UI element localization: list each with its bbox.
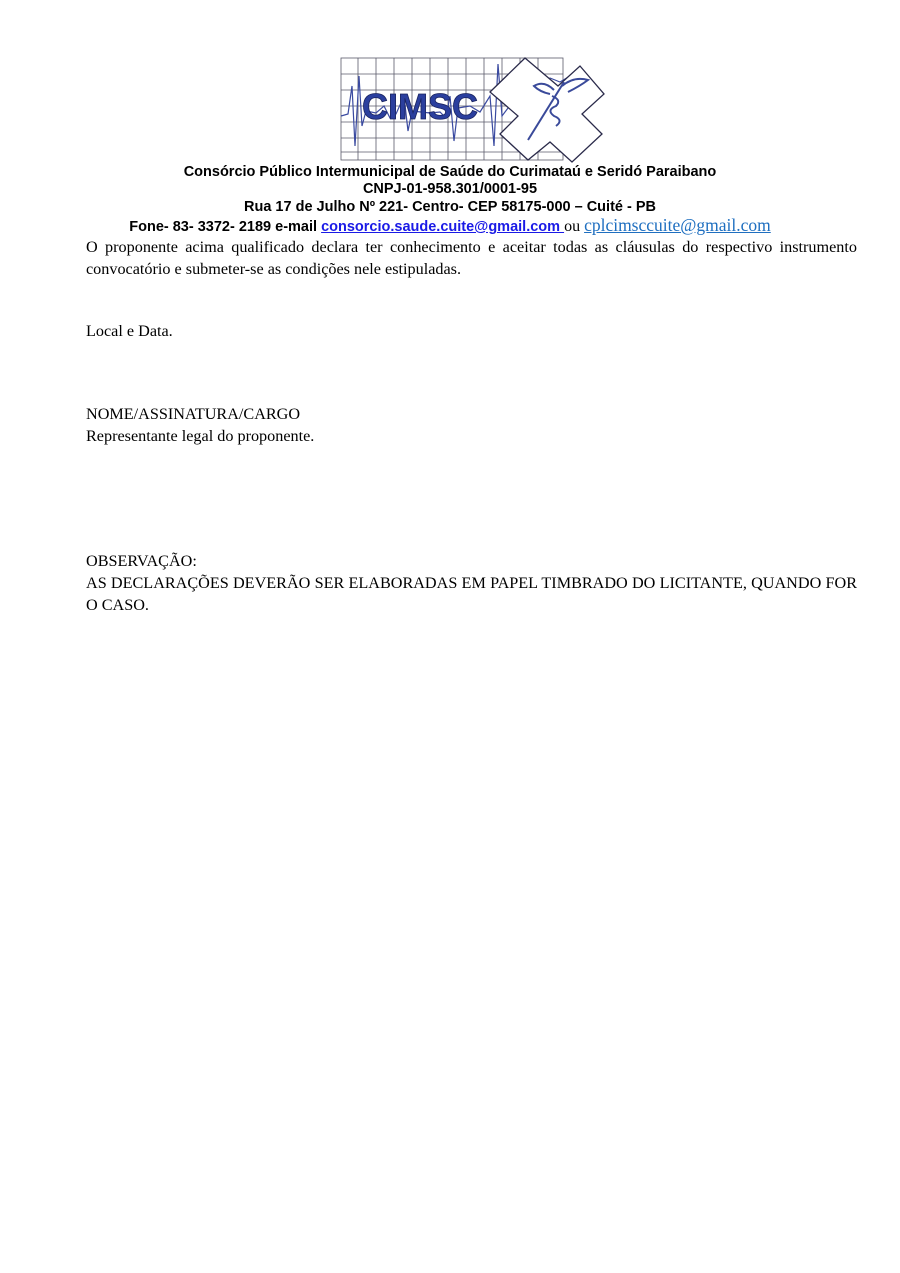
cimsc-logo: CIMSC xyxy=(340,56,606,164)
observation-title: OBSERVAÇÃO: xyxy=(86,551,857,573)
document-page: CIMSC Consórcio Público Intermunicipal d… xyxy=(0,0,900,1273)
signature-role: Representante legal do proponente. xyxy=(86,426,857,448)
organization-address: Rua 17 de Julho Nº 221- Centro- CEP 5817… xyxy=(0,199,900,216)
phone-and-email-label: Fone- 83- 3372- 2189 e-mail xyxy=(129,219,321,235)
local-and-date: Local e Data. xyxy=(86,321,857,343)
observation-text: AS DECLARAÇÕES DEVERÃO SER ELABORADAS EM… xyxy=(86,573,857,616)
email-link-primary[interactable]: consorcio.saude.cuite@gmail.com xyxy=(321,219,564,235)
email-separator: ou xyxy=(564,218,584,235)
cimsc-logo-icon: CIMSC xyxy=(340,56,606,164)
email-link-secondary[interactable]: cplcimsccuite@gmail.com xyxy=(584,215,771,235)
svg-text:CIMSC: CIMSC xyxy=(362,86,478,127)
signature-label: NOME/ASSINATURA/CARGO xyxy=(86,404,857,426)
declaration-paragraph: O proponente acima qualificado declara t… xyxy=(86,237,857,280)
organization-contact: Fone- 83- 3372- 2189 e-mail consorcio.sa… xyxy=(0,217,900,236)
organization-cnpj: CNPJ-01-958.301/0001-95 xyxy=(0,181,900,198)
organization-name: Consórcio Público Intermunicipal de Saúd… xyxy=(0,164,900,181)
